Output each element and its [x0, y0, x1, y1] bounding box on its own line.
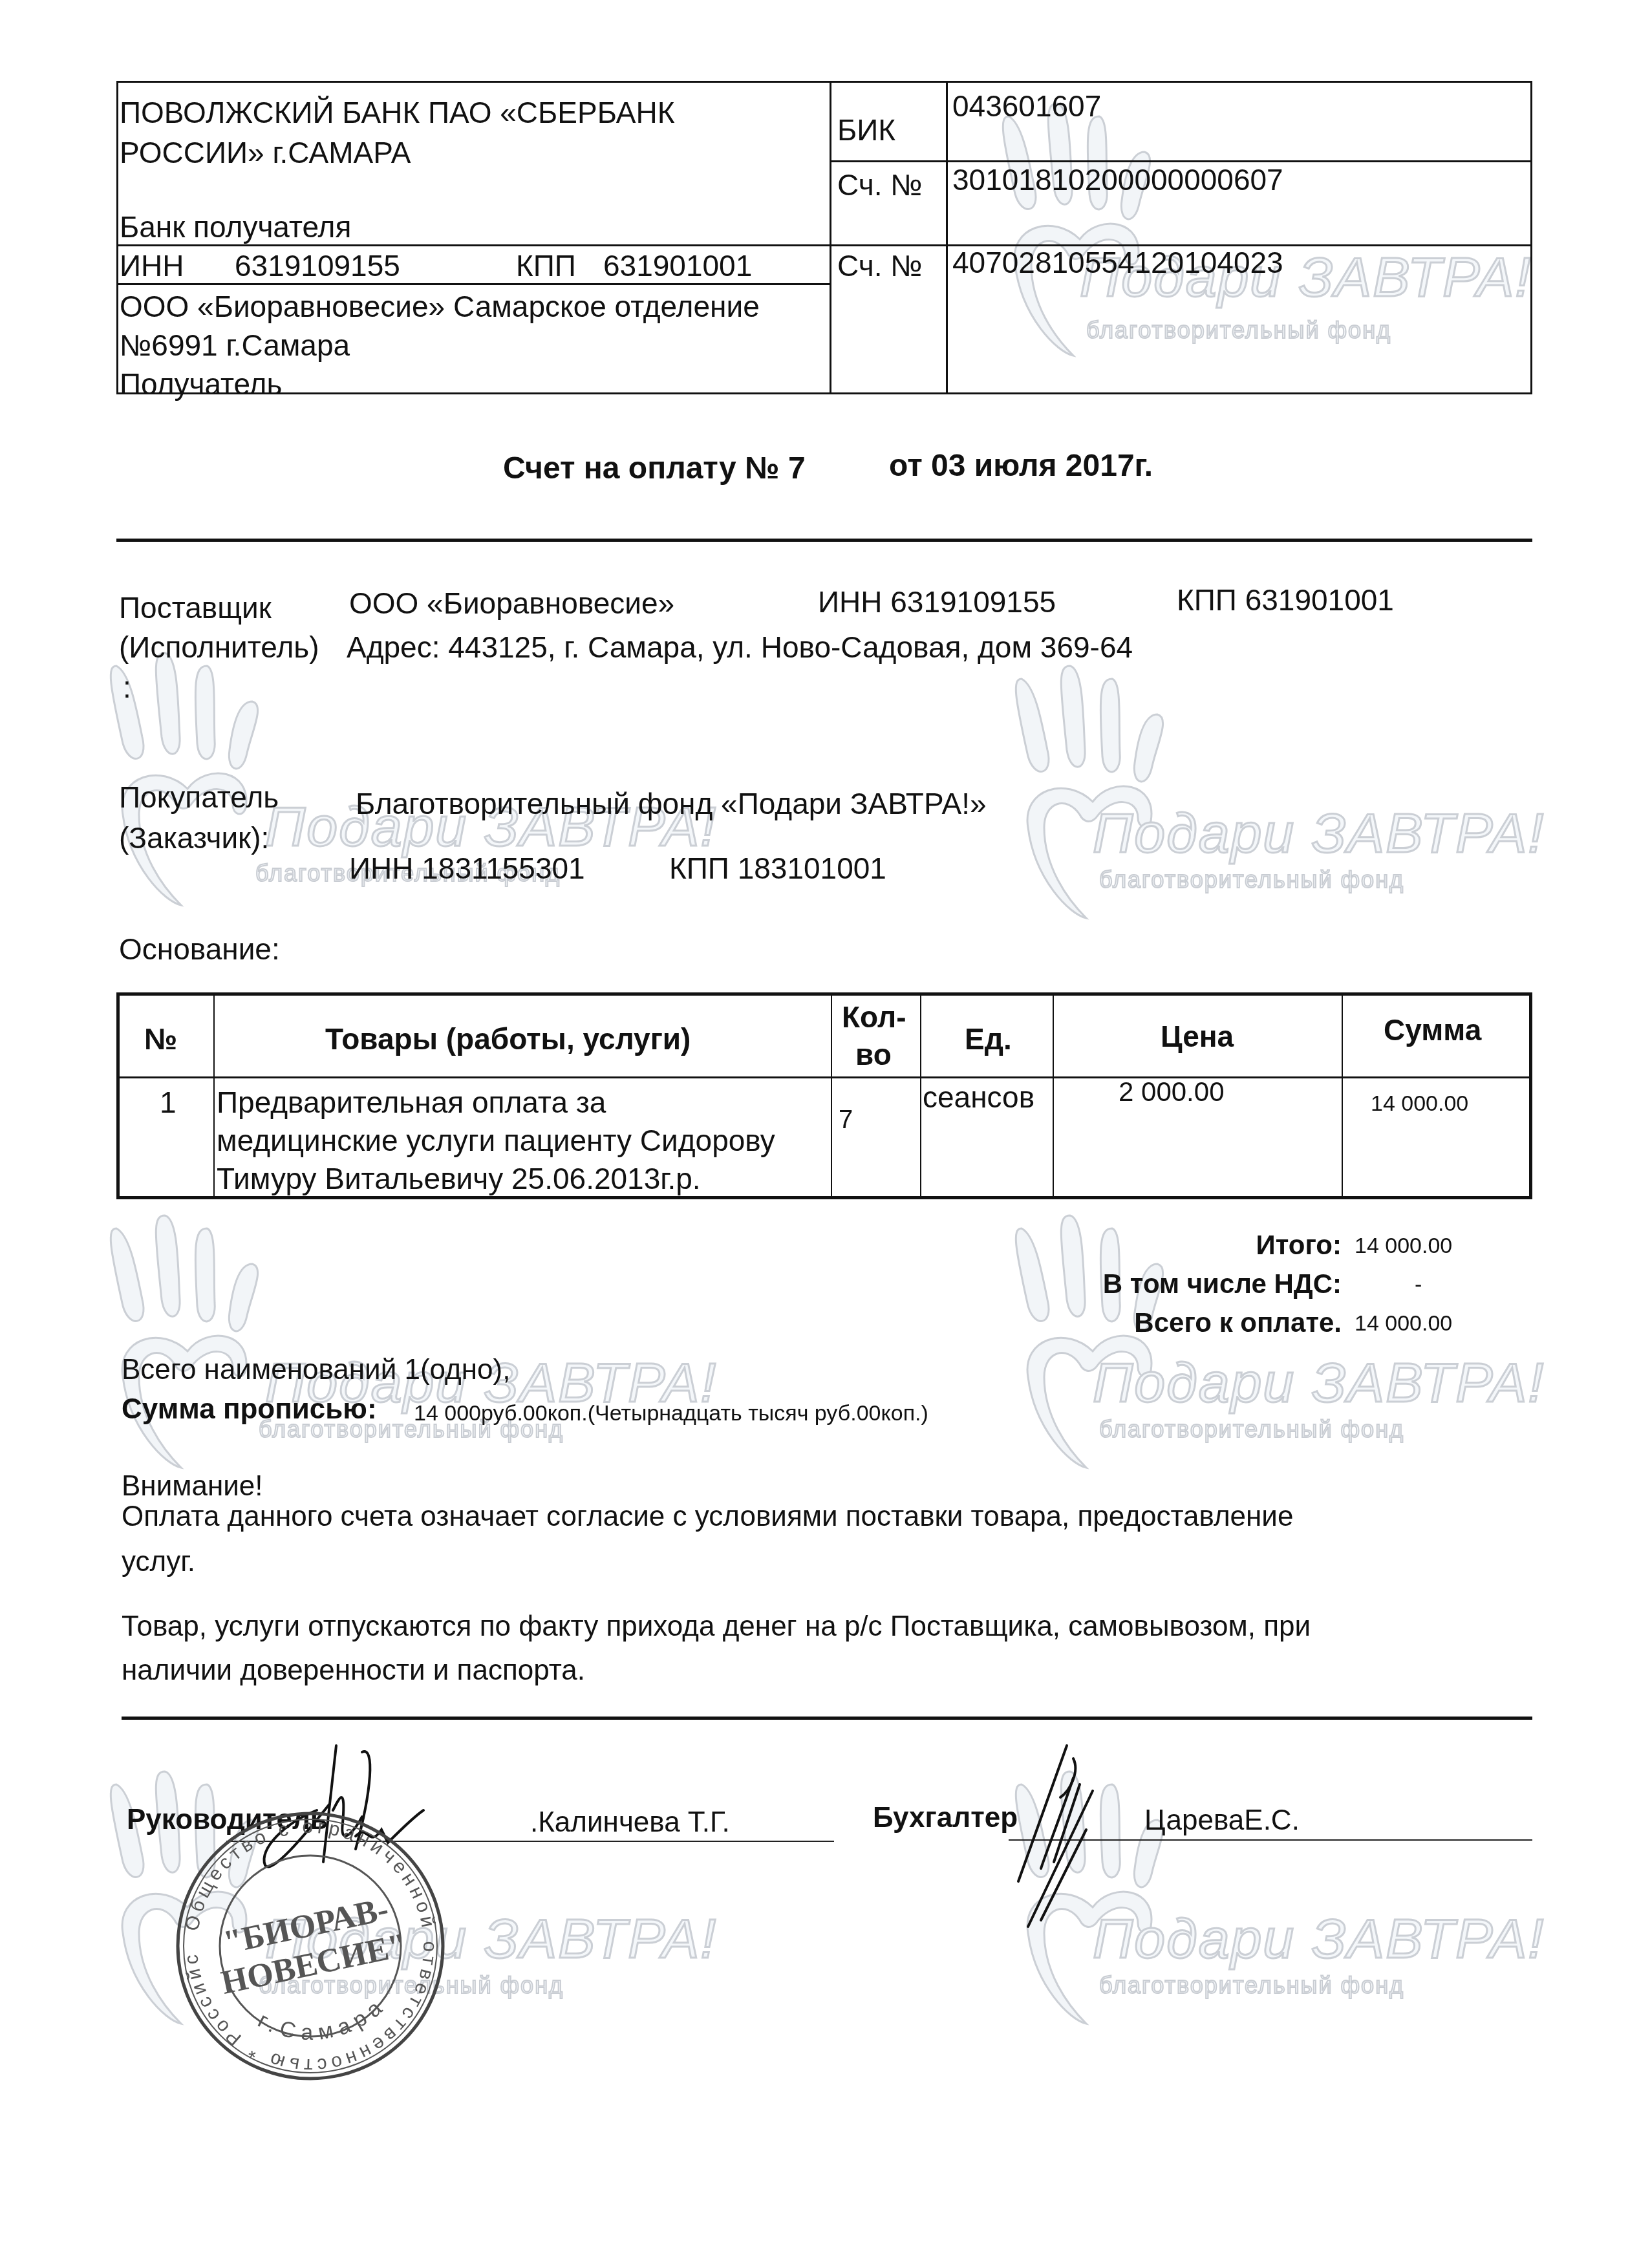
accountant-name: ЦареваЕ.С.	[1144, 1802, 1300, 1839]
company-stamp: Общество с ограниченной ответственностью…	[175, 1810, 446, 2082]
amount-words-label: Сумма прописью:	[122, 1393, 377, 1426]
total-label: Итого:	[1256, 1230, 1342, 1261]
hand-heart-icon	[1009, 659, 1216, 931]
watermark-logo: Подари ЗАВТРА! благотворительный фонд	[1009, 659, 1461, 931]
buyer-inn: ИНН 1831155301	[349, 850, 585, 888]
watermark-logo: Подари ЗАВТРА! благотворительный фонд	[103, 1209, 556, 1481]
signature-divider	[122, 1717, 1532, 1720]
row-price: 2 000.00	[1119, 1076, 1225, 1107]
col-header-sum: Сумма	[1384, 1012, 1481, 1047]
supplier-inn: ИНН 6319109155	[818, 584, 1056, 621]
inn-label: ИНН	[120, 248, 184, 285]
kpp-value: 631901001	[603, 248, 752, 285]
notice-para2-line1: Товар, услуги отпускаются по факту прихо…	[122, 1608, 1311, 1645]
accountant-signature	[1009, 1739, 1125, 1933]
recipient-line2: №6991 г.Самара	[120, 327, 350, 365]
col-header-qty: Кол-	[842, 1000, 906, 1034]
watermark-brand: Подари ЗАВТРА!	[1093, 802, 1545, 866]
col-header-goods: Товары (работы, услуги)	[325, 1022, 691, 1056]
col-header-unit: Ед.	[965, 1022, 1012, 1056]
watermark-subtitle: благотворительный фонд	[1099, 1416, 1404, 1443]
recipient-label: Получатель	[120, 366, 282, 403]
hand-heart-icon	[1009, 1209, 1216, 1481]
col-header-num: №	[144, 1022, 177, 1056]
title-divider	[116, 539, 1532, 542]
corr-account-value: 30101810200000000607	[952, 162, 1283, 199]
watermark-brand: Подари ЗАВТРА!	[1093, 1907, 1545, 1971]
supplier-label-sub: (Исполнитель)	[119, 629, 319, 667]
bank-name-line2: РОССИИ» г.САМАРА	[120, 134, 411, 172]
items-count: Всего наименований 1(одно),	[122, 1351, 510, 1388]
due-label: Всего к оплате.	[1134, 1307, 1342, 1338]
account-label: Сч. №	[837, 248, 923, 285]
items-table: № Товары (работы, услуги) Кол- во Ед. Це…	[116, 992, 1532, 1199]
corr-account-label: Сч. №	[837, 167, 923, 204]
col-header-price: Цена	[1161, 1019, 1234, 1054]
supplier-kpp: КПП 631901001	[1177, 582, 1394, 619]
row-qty: 7	[839, 1106, 853, 1135]
supplier-label-colon: :	[123, 669, 131, 707]
row-unit: сеансов	[923, 1080, 1034, 1115]
buyer-kpp: КПП 183101001	[669, 850, 886, 888]
vat-value: -	[1415, 1272, 1422, 1298]
invoice-date: от 03 июля 2017г.	[889, 448, 1153, 484]
inn-value: 6319109155	[235, 248, 400, 285]
bik-value: 043601607	[952, 88, 1101, 125]
bank-name-line1: ПОВОЛЖСКИЙ БАНК ПАО «СБЕРБАНК	[120, 94, 675, 132]
watermark-subtitle: благотворительный фонд	[1099, 866, 1404, 893]
supplier-address: Адрес: 443125, г. Самара, ул. Ново-Садов…	[347, 629, 1133, 667]
account-value: 40702810554120104023	[952, 244, 1283, 282]
bik-label: БИК	[837, 112, 895, 149]
row-description-line3: Тимуру Витальевичу 25.06.2013г.р.	[217, 1161, 701, 1196]
watermark-brand: Подари ЗАВТРА!	[1093, 1351, 1545, 1415]
row-description-line1: Предварительная оплата за	[217, 1085, 606, 1120]
notice-para1-line2: услуг.	[122, 1543, 195, 1580]
due-value: 14 000.00	[1355, 1311, 1452, 1336]
bank-label: Банк получателя	[120, 209, 351, 246]
buyer-name: Благотворительный фонд «Подари ЗАВТРА!»	[356, 786, 987, 823]
notice-para1-line1: Оплата данного счета означает согласие с…	[122, 1498, 1293, 1535]
invoice-title: Счет на оплату № 7	[503, 451, 806, 486]
col-header-qty-2: во	[855, 1037, 892, 1072]
watermark-subtitle: благотворительный фонд	[1099, 1972, 1404, 1999]
row-sum: 14 000.00	[1371, 1091, 1468, 1117]
recipient-line1: ООО «Биоравновесие» Самарское отделение	[120, 288, 760, 326]
bank-details-table: ПОВОЛЖСКИЙ БАНК ПАО «СБЕРБАНК РОССИИ» г.…	[116, 81, 1532, 394]
kpp-label: КПП	[516, 248, 576, 285]
amount-words-value: 14 000руб.00коп.(Четырнадцать тысяч руб.…	[414, 1401, 928, 1426]
supplier-name: ООО «Биоравновесие»	[349, 585, 674, 623]
director-name: .Калинчева Т.Г.	[530, 1804, 730, 1841]
notice-para2-line2: наличии доверенности и паспорта.	[122, 1652, 585, 1689]
row-description-line2: медицинские услуги пациенту Сидорову	[217, 1123, 775, 1158]
hand-heart-icon	[103, 1209, 310, 1481]
row-num: 1	[160, 1085, 177, 1120]
vat-label: В том числе НДС:	[1103, 1268, 1342, 1300]
supplier-label: Поставщик	[119, 590, 272, 627]
basis-label: Основание:	[119, 931, 280, 968]
accountant-label: Бухгалтер	[873, 1802, 1018, 1834]
buyer-label-sub: (Заказчик):	[119, 820, 269, 857]
total-value: 14 000.00	[1355, 1234, 1452, 1259]
buyer-label: Покупатель	[119, 779, 279, 817]
